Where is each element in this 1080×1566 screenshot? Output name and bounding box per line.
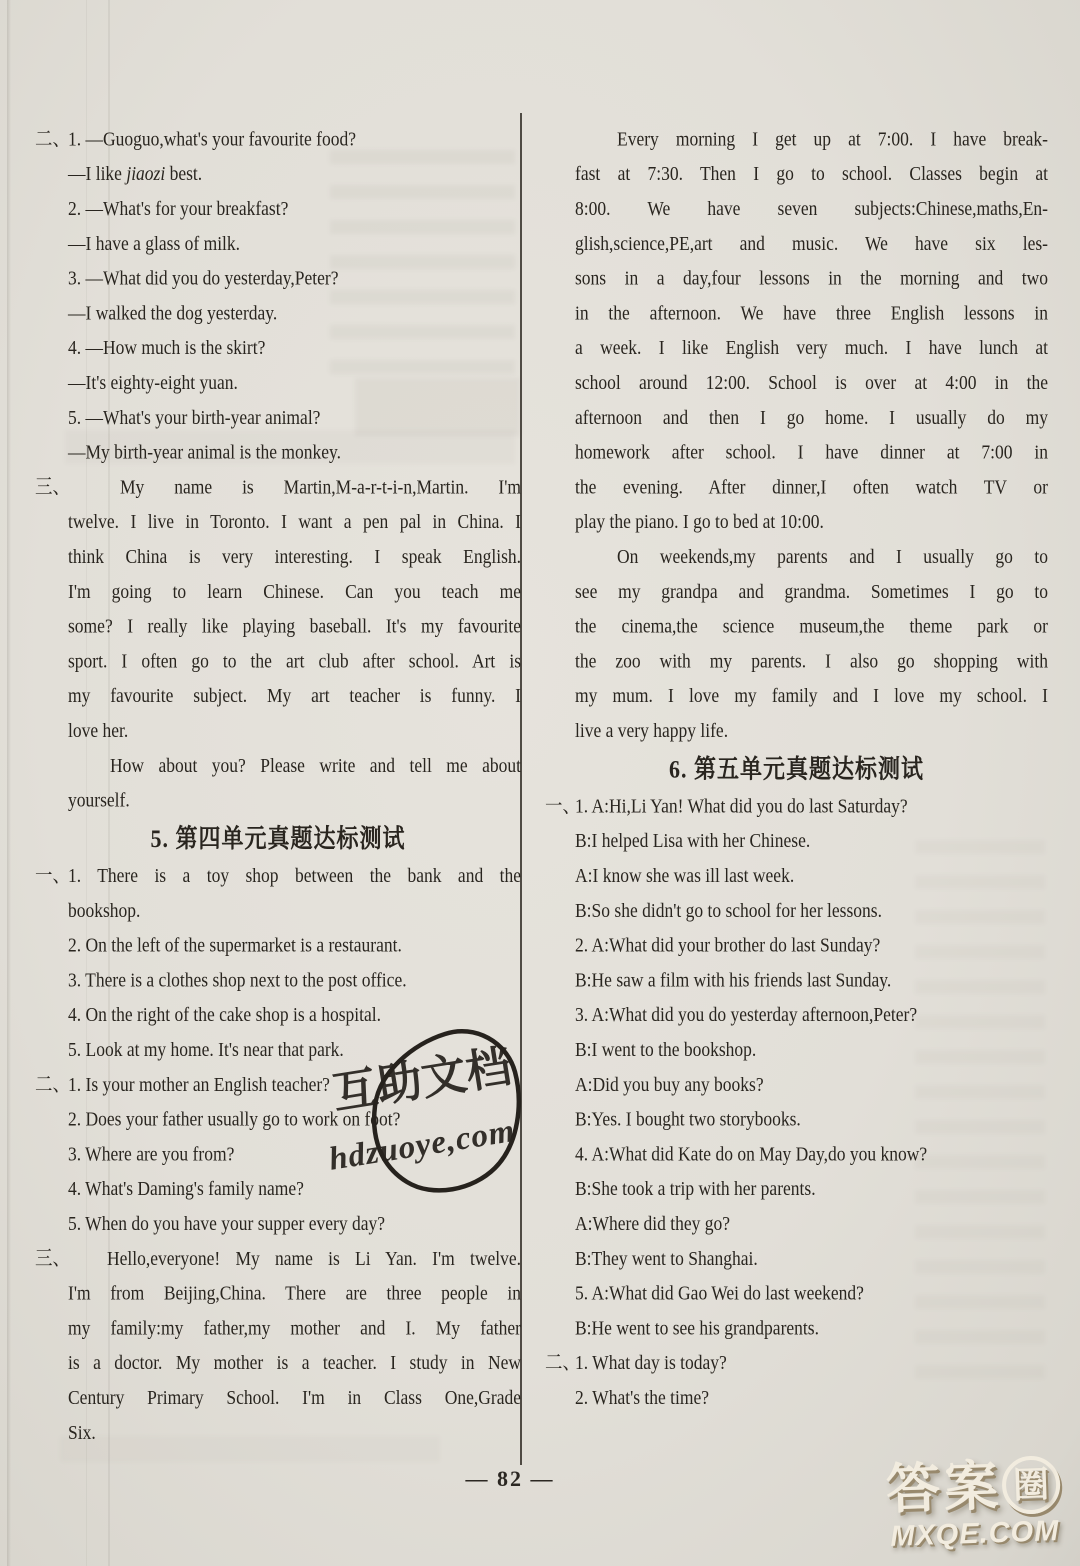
text-line: love her. (35, 713, 521, 748)
text-line: a week. I like English very much. I have… (545, 330, 1048, 365)
text-line: 4. A:What did Kate do on May Day,do you … (545, 1136, 1048, 1171)
logo-characters: 答 案 圈 (866, 1454, 1080, 1519)
text-line: live a very happy life. (545, 713, 1048, 748)
text-line: is a doctor. My mother is a teacher. I s… (35, 1345, 521, 1380)
text-line: play the piano. I go to bed at 10:00. (545, 504, 1048, 539)
text-line: 3. A:What did you do yesterday afternoon… (545, 997, 1048, 1032)
text-line: 4. On the right of the cake shop is a ho… (35, 997, 521, 1032)
text-line: Century Primary School. I'm in Class One… (35, 1380, 521, 1415)
text-line: my mum. I love my family and I love my s… (545, 678, 1048, 713)
text-line: B:They went to Shanghai. (545, 1240, 1048, 1275)
text-line: A:Where did they go? (545, 1206, 1048, 1241)
text-line: A:Did you buy any books? (545, 1066, 1048, 1101)
section-label: 二、 (545, 1345, 580, 1380)
text-line: 三、My name is Martin,M-a-r-t-i-n,Martin. … (35, 469, 521, 504)
text-line: 8:00. We have seven subjects:Chinese,mat… (545, 191, 1048, 226)
text-line: 2. —What's for your breakfast? (35, 191, 521, 226)
unit4-test-heading: 5. 第四单元真题达标测试 (35, 822, 521, 857)
text-line: B:So she didn't go to school for her les… (545, 892, 1048, 927)
logo-char: 案 (943, 1457, 999, 1517)
unit5-test-heading: 6. 第五单元真题达标测试 (545, 752, 1048, 787)
logo-circled-char: 圈 (1001, 1455, 1061, 1515)
text-line: —It's eighty-eight yuan. (35, 365, 521, 400)
section-label: 三、 (35, 1240, 70, 1275)
scanned-workbook-page: { "colors":{"paper":"#e2dfd8","ink":"#29… (0, 0, 1080, 1566)
text-line: my family:my father,my mother and I. My … (35, 1310, 521, 1345)
text-line: —I walked the dog yesterday. (35, 295, 521, 330)
line-text: 1. —Guoguo,what's your favourite food? (68, 127, 356, 150)
line-text: 1. Is your mother an English teacher? (68, 1072, 330, 1095)
italic-word: jiaozi (126, 162, 165, 185)
text-line: the cinema,the science museum,the theme … (545, 608, 1048, 643)
text-line: 二、1. What day is today? (545, 1345, 1048, 1380)
left-column: 二、1. —Guoguo,what's your favourite food?… (35, 121, 521, 1449)
text-line: 3. There is a clothes shop next to the p… (35, 962, 521, 997)
text-line: twelve. I live in Toronto. I want a pen … (35, 504, 521, 539)
text-line: bookshop. (35, 892, 521, 927)
text-line: in the afternoon. We have three English … (545, 295, 1048, 330)
text-line: 3. —What did you do yesterday,Peter? (35, 260, 521, 295)
text-line: 2. A:What did your brother do last Sunda… (545, 927, 1048, 962)
text-line: fast at 7:30. Then I go to school. Class… (545, 156, 1048, 191)
text-line: 2. What's the time? (545, 1380, 1048, 1415)
text-line: B:He went to see his grandparents. (545, 1310, 1048, 1345)
text-line: On weekends,my parents and I usually go … (545, 539, 1048, 574)
line-text: best. (165, 162, 202, 185)
text-line: —I like jiaozi best. (35, 156, 521, 191)
text-line: 一、1. There is a toy shop between the ban… (35, 858, 521, 893)
answer-circle-logo: 答 案 圈 MXQE.COM (866, 1454, 1080, 1566)
section-label: 三、 (35, 469, 70, 504)
text-line: Six. (35, 1414, 521, 1449)
right-column: Every morning I get up at 7:00. I have b… (545, 121, 1048, 1414)
text-line: 二、1. Is your mother an English teacher? (35, 1066, 521, 1101)
logo-site-url: MXQE.COM (868, 1514, 1080, 1554)
text-line: 5. Look at my home. It's near that park. (35, 1032, 521, 1067)
text-line: —My birth-year animal is the monkey. (35, 434, 521, 469)
text-line: Every morning I get up at 7:00. I have b… (545, 121, 1048, 156)
text-line: 5. —What's your birth-year animal? (35, 399, 521, 434)
text-line: sons in a day,four lessons in the mornin… (545, 260, 1048, 295)
section-label: 一、 (35, 858, 70, 893)
text-line: 5. A:What did Gao Wei do last weekend? (545, 1275, 1048, 1310)
text-line: glish,science,PE,art and music. We have … (545, 225, 1048, 260)
line-text: 1. What day is today? (575, 1351, 727, 1374)
section-label: 二、 (35, 1066, 70, 1101)
text-line: B:I helped Lisa with her Chinese. (545, 823, 1048, 858)
text-line: B:She took a trip with her parents. (545, 1171, 1048, 1206)
text-line: afternoon and then I go home. I usually … (545, 399, 1048, 434)
text-line: A:I know she was ill last week. (545, 858, 1048, 893)
text-line: B:He saw a film with his friends last Su… (545, 962, 1048, 997)
line-text: My name is Martin,M-a-r-t-i-n,Martin. I'… (120, 475, 521, 498)
text-line: homework after school. I have dinner at … (545, 434, 1048, 469)
line-text: Hello,everyone! My name is Li Yan. I'm t… (107, 1246, 521, 1269)
text-line: school around 12:00. School is over at 4… (545, 365, 1048, 400)
text-line: sport. I often go to the art club after … (35, 643, 521, 678)
text-line: 2. Does your father usually go to work o… (35, 1101, 521, 1136)
section-label: 一、 (545, 788, 580, 823)
text-line: yourself. (35, 782, 521, 817)
text-line: some? I really like playing baseball. It… (35, 608, 521, 643)
text-line: I'm going to learn Chinese. Can you teac… (35, 573, 521, 608)
paper-crease (7, 0, 11, 1566)
line-text: 1. A:Hi,Li Yan! What did you do last Sat… (575, 794, 908, 817)
line-text: 1. There is a toy shop between the bank … (68, 863, 521, 886)
logo-char: 答 (885, 1459, 941, 1519)
text-line: 一、1. A:Hi,Li Yan! What did you do last S… (545, 788, 1048, 823)
text-line: 5. When do you have your supper every da… (35, 1206, 521, 1241)
text-line: the zoo with my parents. I also go shopp… (545, 643, 1048, 678)
text-line: 3. Where are you from? (35, 1136, 521, 1171)
text-line: my favourite subject. My art teacher is … (35, 678, 521, 713)
section-label: 二、 (35, 121, 70, 156)
text-line: B:I went to the bookshop. (545, 1032, 1048, 1067)
text-line: I'm from Beijing,China. There are three … (35, 1275, 521, 1310)
text-line: the evening. After dinner,I often watch … (545, 469, 1048, 504)
text-line: 2. On the left of the supermarket is a r… (35, 927, 521, 962)
page-number: — 82 — (430, 1466, 590, 1492)
text-line: —I have a glass of milk. (35, 225, 521, 260)
text-line: 4. What's Daming's family name? (35, 1171, 521, 1206)
text-line: 二、1. —Guoguo,what's your favourite food? (35, 121, 521, 156)
line-text: —I like (68, 162, 126, 185)
text-line: see my grandpa and grandma. Sometimes I … (545, 573, 1048, 608)
text-line: B:Yes. I bought two storybooks. (545, 1101, 1048, 1136)
text-line: How about you? Please write and tell me … (35, 747, 521, 782)
text-line: 三、Hello,everyone! My name is Li Yan. I'm… (35, 1240, 521, 1275)
text-line: 4. —How much is the skirt? (35, 330, 521, 365)
text-line: think China is very interesting. I speak… (35, 539, 521, 574)
